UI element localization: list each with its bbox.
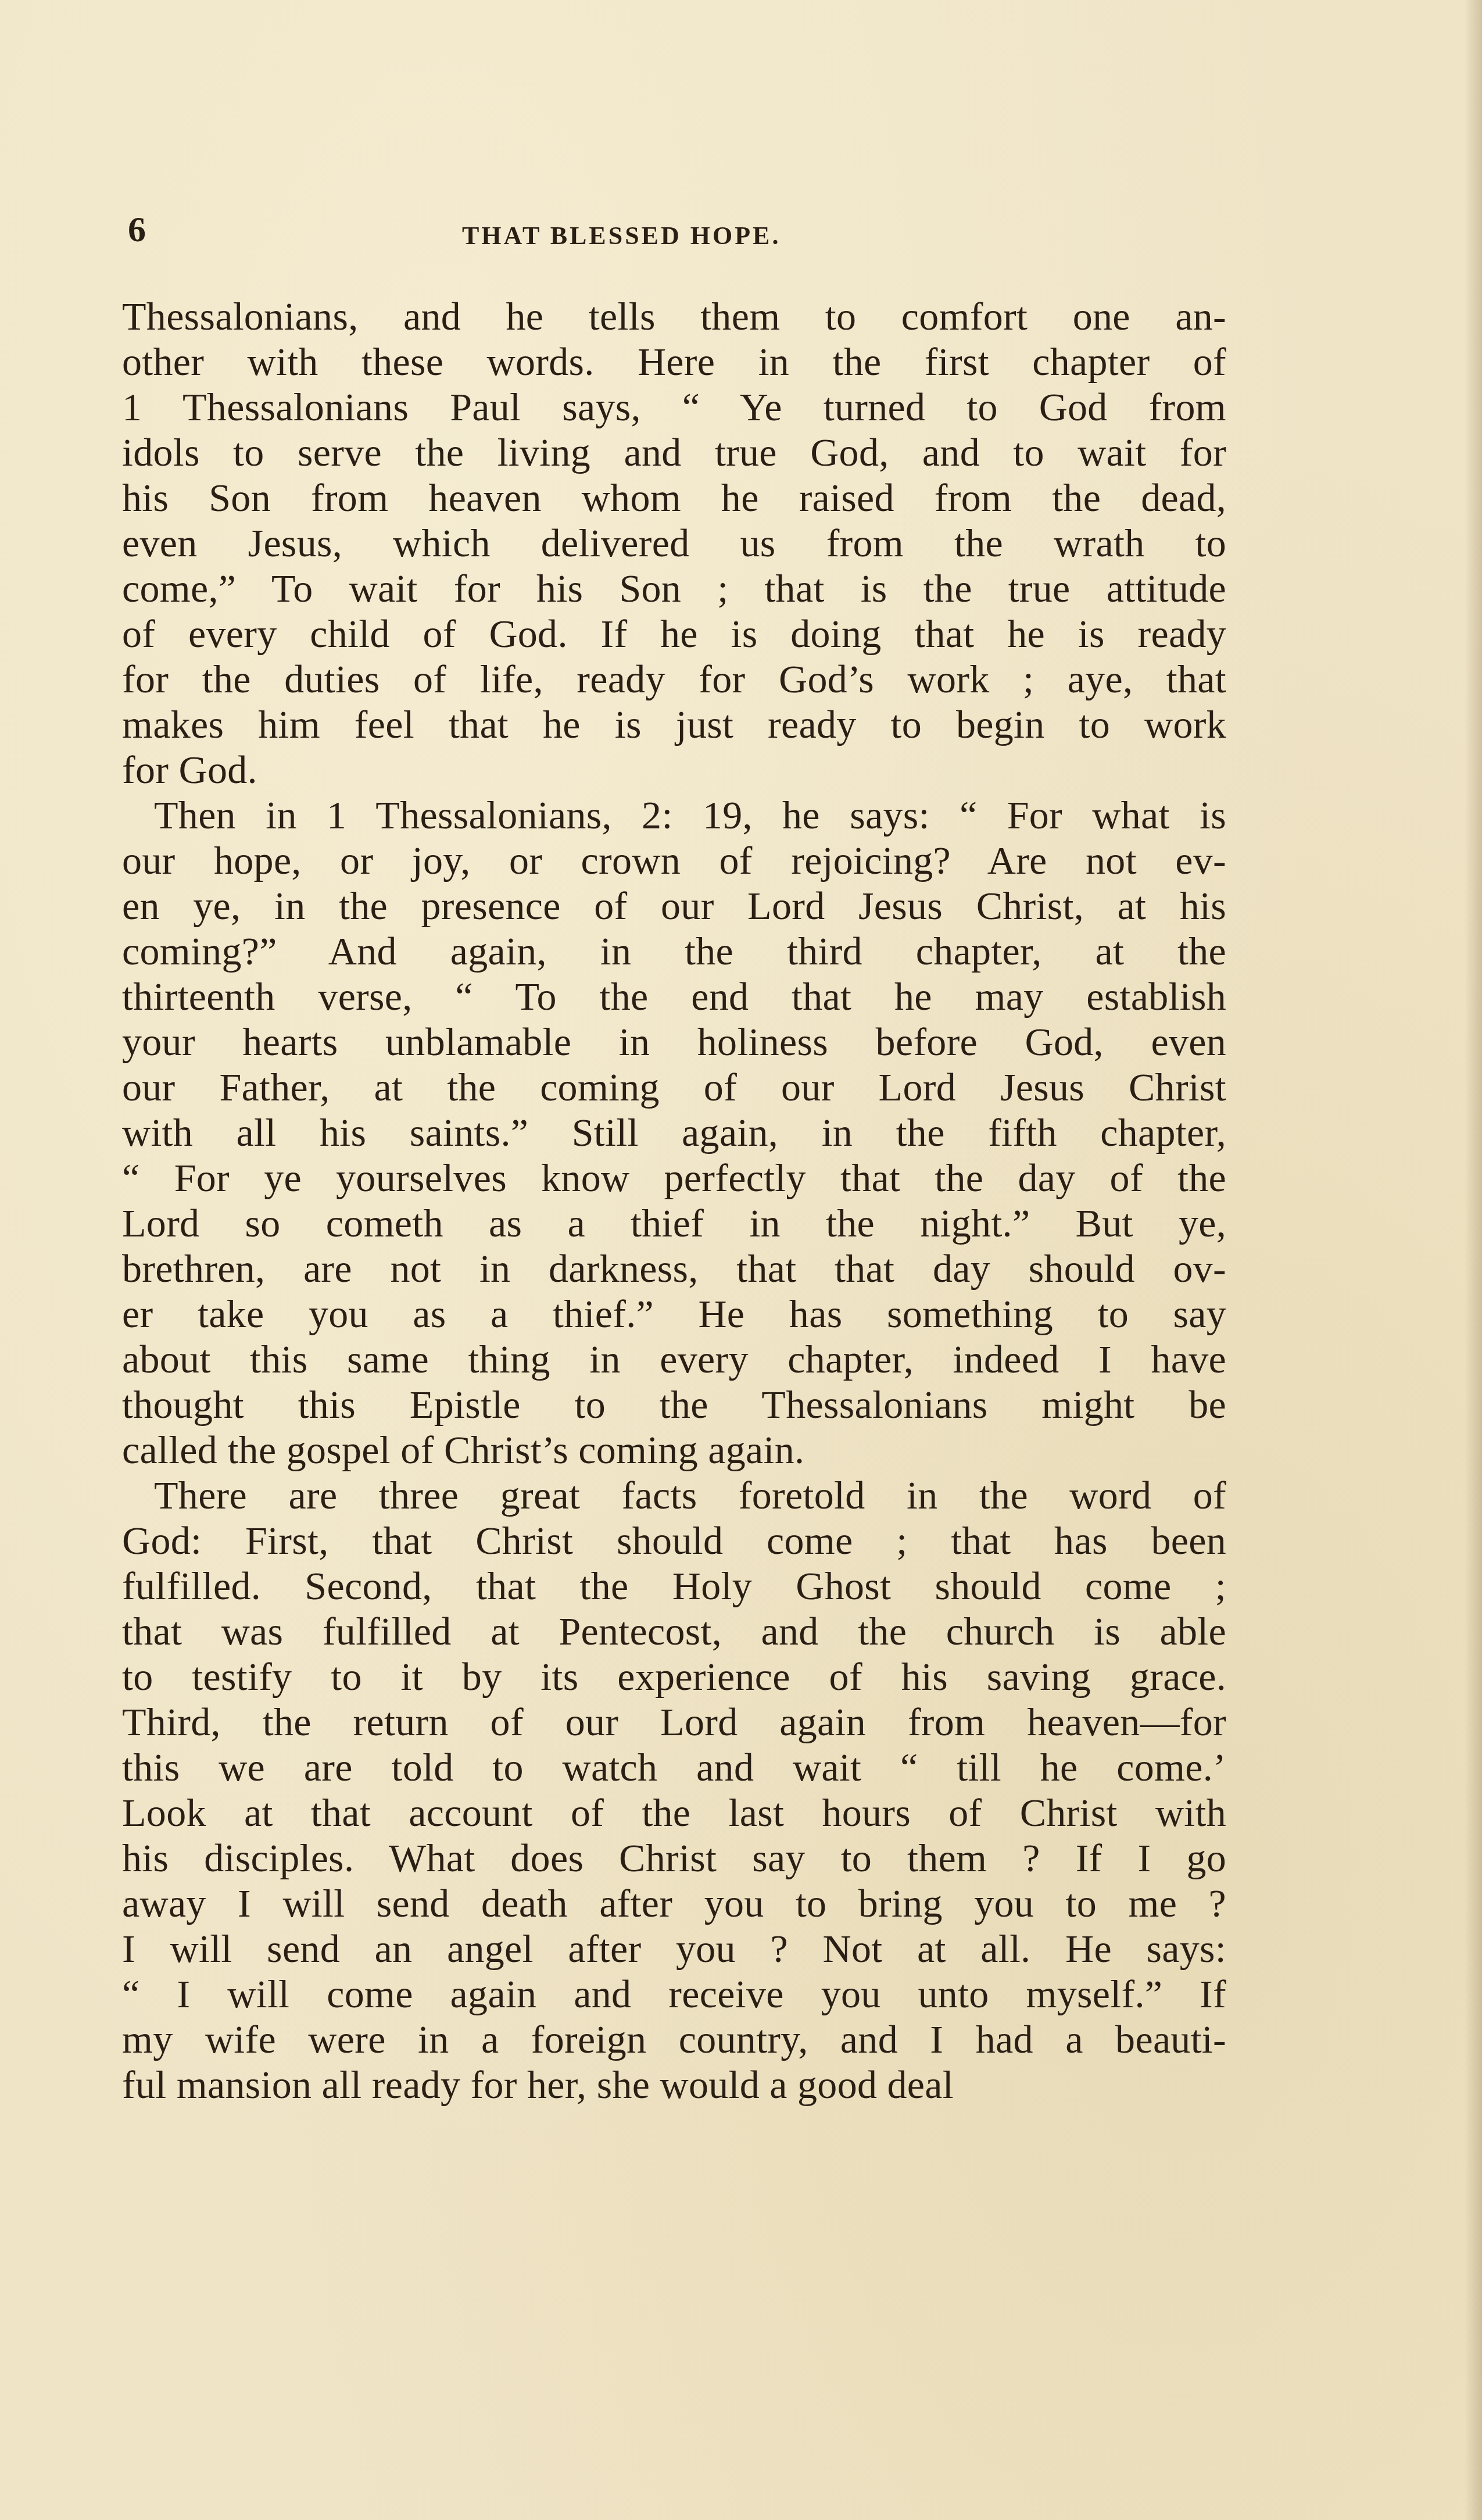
text-line: for the duties of life, ready for God’s … xyxy=(122,656,1226,702)
page-edge-shadow xyxy=(1465,0,1482,2520)
text-line: his Son from heaven whom he raised from … xyxy=(122,475,1226,520)
text-line: other with these words. Here in the firs… xyxy=(122,339,1226,384)
text-line: “ For ye yourselves know perfectly that … xyxy=(122,1155,1226,1200)
text-line: your hearts unblamable in holiness befor… xyxy=(122,1019,1226,1064)
text-line: for God. xyxy=(122,747,1226,792)
text-line: thought this Epistle to the Thessalonian… xyxy=(122,1382,1226,1427)
paragraph: Then in 1 Thessalonians, 2: 19, he says:… xyxy=(122,792,1226,1472)
text-line: coming?” And again, in the third chapter… xyxy=(122,928,1226,974)
text-line: God: First, that Christ should come ; th… xyxy=(122,1518,1226,1563)
text-line: thirteenth verse, “ To the end that he m… xyxy=(122,974,1226,1019)
text-line: away I will send death after you to brin… xyxy=(122,1881,1226,1926)
paragraph: There are three great facts foretold in … xyxy=(122,1472,1226,2107)
text-line: Lord so cometh as a thief in the night.”… xyxy=(122,1200,1226,1246)
text-line: come,” To wait for his Son ; that is the… xyxy=(122,566,1226,611)
text-line: of every child of God. If he is doing th… xyxy=(122,611,1226,656)
page-header: 6 THAT BLESSED HOPE. xyxy=(128,209,1220,262)
text-line: Third, the return of our Lord again from… xyxy=(122,1699,1226,1745)
text-line: our Father, at the coming of our Lord Je… xyxy=(122,1064,1226,1110)
text-line: Look at that account of the last hours o… xyxy=(122,1790,1226,1835)
text-line: even Jesus, which delivered us from the … xyxy=(122,520,1226,566)
text-line: “ I will come again and receive you unto… xyxy=(122,1971,1226,2017)
text-line: about this same thing in every chapter, … xyxy=(122,1336,1226,1382)
text-line: his disciples. What does Christ say to t… xyxy=(122,1835,1226,1881)
text-line: brethren, are not in darkness, that that… xyxy=(122,1246,1226,1291)
text-line: ful mansion all ready for her, she would… xyxy=(122,2062,1226,2107)
text-line: our hope, or joy, or crown of rejoicing?… xyxy=(122,838,1226,883)
text-line: There are three great facts foretold in … xyxy=(122,1472,1226,1518)
text-line: en ye, in the presence of our Lord Jesus… xyxy=(122,883,1226,928)
text-line: er take you as a thief.” He has somethin… xyxy=(122,1291,1226,1336)
text-line: to testify to it by its experience of hi… xyxy=(122,1654,1226,1699)
text-line: idols to serve the living and true God, … xyxy=(122,430,1226,475)
text-line: this we are told to watch and wait “ til… xyxy=(122,1745,1226,1790)
body-text: Thessalonians, and he tells them to comf… xyxy=(122,294,1226,2107)
paragraph: Thessalonians, and he tells them to comf… xyxy=(122,294,1226,792)
text-line: I will send an angel after you ? Not at … xyxy=(122,1926,1226,1971)
text-line: with all his saints.” Still again, in th… xyxy=(122,1110,1226,1155)
text-line: fulfilled. Second, that the Holy Ghost s… xyxy=(122,1563,1226,1608)
text-line: that was fulfilled at Pentecost, and the… xyxy=(122,1608,1226,1654)
text-line: called the gospel of Christ’s coming aga… xyxy=(122,1427,1226,1472)
text-line: 1 Thessalonians Paul says, “ Ye turned t… xyxy=(122,384,1226,430)
text-line: makes him feel that he is just ready to … xyxy=(122,702,1226,747)
text-line: my wife were in a foreign country, and I… xyxy=(122,2017,1226,2062)
page-number: 6 xyxy=(128,209,146,251)
text-line: Thessalonians, and he tells them to comf… xyxy=(122,294,1226,339)
running-title: THAT BLESSED HOPE. xyxy=(462,221,781,251)
text-line: Then in 1 Thessalonians, 2: 19, he says:… xyxy=(122,792,1226,838)
